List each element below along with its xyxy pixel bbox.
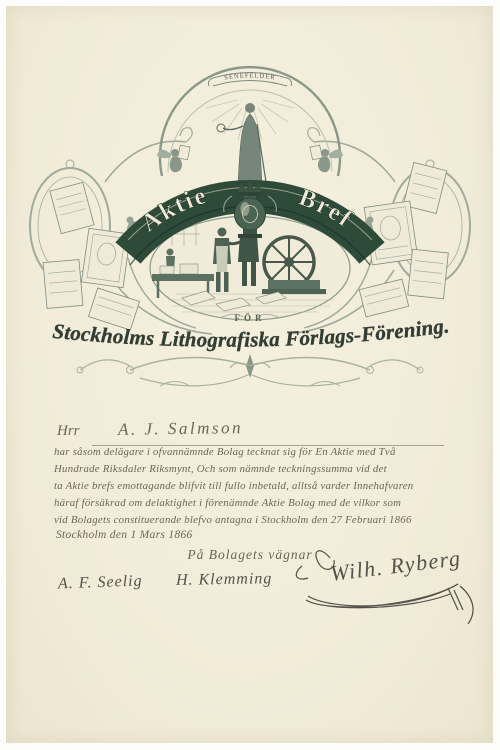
signature-flourish xyxy=(290,540,490,630)
body-line: vid Bolagets constituerande blefvo antag… xyxy=(54,514,454,526)
body-line: häraf försäkrad om delaktighet i förenäm… xyxy=(54,497,454,509)
body-line: har såsom delägare i ofvannämnde Bolag t… xyxy=(54,446,454,458)
for-label: FÖR xyxy=(235,313,266,323)
cherub-left-icon xyxy=(157,145,190,172)
litho-prints-left xyxy=(43,182,139,330)
vignette-engraving: SENEFELDER xyxy=(10,46,490,400)
cherub-right-icon xyxy=(310,145,343,172)
body-line: Hundrade Riksdaler Riksmynt, Och som näm… xyxy=(54,463,454,475)
salutation: Hrr xyxy=(57,423,80,440)
holder-name: A. J. Salmson xyxy=(118,418,243,440)
senefelder-ribbon: SENEFELDER xyxy=(209,72,292,86)
flourish-band xyxy=(77,354,423,386)
scanned-certificate: SENEFELDER xyxy=(0,0,500,750)
dateline: Stockholm den 1 Mars 1866 xyxy=(56,529,193,541)
signature-klemming: H. Klemming xyxy=(176,570,273,590)
signature-seelig: A. F. Seelig xyxy=(58,573,143,594)
body-line: ta Aktie brefs emottagande blifvit till … xyxy=(54,480,454,492)
muse-figure xyxy=(217,103,266,192)
